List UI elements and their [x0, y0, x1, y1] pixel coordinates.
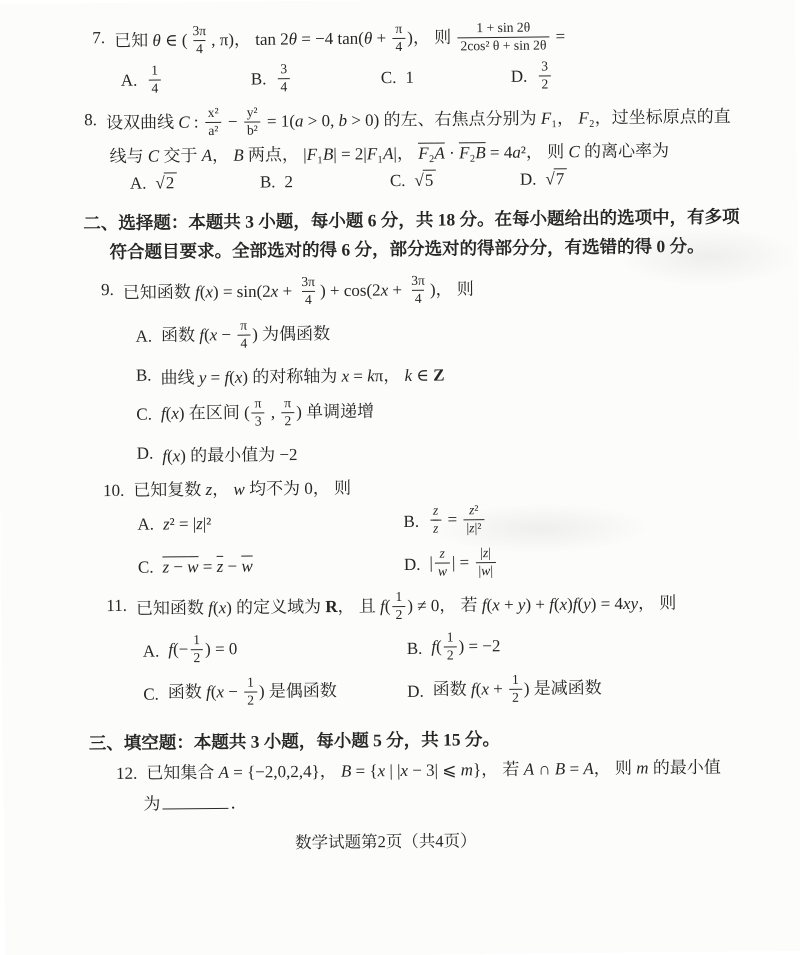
option-label: D.	[511, 67, 528, 87]
option-label: D.	[520, 169, 537, 189]
exam-page: 7. 已知 θ ∈ (3π4, π)， tan 2θ = −4 tan(θ + …	[0, 0, 800, 955]
question-8-number: 8.	[84, 107, 97, 133]
section-2-header-line2: 符合题目要求。全部选对的得 6 分，部分选对的得部分分，有选错的得 0 分。	[109, 231, 797, 264]
option-content: 2	[284, 172, 293, 192]
q8-option-d: D.√7	[520, 168, 650, 190]
option-label: B.	[407, 638, 423, 658]
option-content: f(−12) = 0	[168, 633, 237, 669]
question-8-stem-line1: 设双曲线 C : x²a² − y²b² = 1(a > 0, b > 0) 的…	[106, 100, 731, 142]
q10-option-a: A.z² = |z|²	[137, 512, 403, 535]
option-label: C.	[138, 557, 154, 577]
q11-option-d: D.函数 f(x + 12) 是减函数	[407, 670, 800, 709]
question-12-stem-line1: 已知集合 A = {−2,0,2,4}， B = {x | |x − 3| ⩽ …	[146, 755, 721, 787]
option-content: √2	[155, 173, 177, 194]
option-content: |zw| = |z||w|	[429, 546, 498, 582]
question-9-stem: 已知函数 f(x) = sin(2x + 3π4) + cos(2x + 3π4…	[123, 273, 474, 312]
option-content: 函数 f(x − 12) 是偶函数	[168, 675, 337, 712]
page-footer: 数学试题第2页（共4页）	[0, 824, 786, 856]
option-content: 函数 f(x + 12) 是减函数	[433, 672, 602, 709]
option-content: 34	[275, 62, 292, 97]
option-label: B.	[251, 70, 267, 90]
q9-option-d: D.f(x) 的最小值为 −2	[137, 435, 800, 467]
q7-option-b: B.34	[251, 61, 381, 97]
option-content: 1	[405, 68, 414, 88]
question-12-stem-line2: 为．	[143, 784, 800, 817]
question-9: 9. 已知函数 f(x) = sin(2x + 3π4) + cos(2x + …	[101, 270, 798, 312]
option-content: z − w = z − w	[162, 556, 252, 577]
question-12: 12. 已知集合 A = {−2,0,2,4}， B = {x | |x − 3…	[116, 754, 800, 787]
option-label: A.	[121, 71, 138, 91]
q8-option-a: A.√2	[130, 172, 260, 194]
option-label: B.	[403, 512, 419, 532]
option-content: zz = z²|z|²	[428, 503, 487, 539]
q10-option-d: D.|zw| = |z||w|	[404, 543, 800, 582]
option-label: A.	[143, 641, 160, 661]
question-11-options: A.f(−12) = 0 B.f(12) = −2 C.函数 f(x − 12)…	[143, 627, 800, 712]
question-9-number: 9.	[101, 277, 114, 303]
q7-option-c: C.1	[381, 67, 511, 88]
question-11-stem: 已知函数 f(x) 的定义域为 R， 且 f(12) ≠ 0， 若 f(x + …	[136, 587, 677, 628]
q8-option-b: B.2	[260, 171, 390, 192]
q11-option-c: C.函数 f(x − 12) 是偶函数	[143, 674, 407, 712]
option-content: √7	[545, 169, 567, 190]
question-10-options: A.z² = |z|² B.zz = z²|z|² C.z − w = z − …	[137, 500, 800, 585]
question-8: 8. 设双曲线 C : x²a² − y²b² = 1(a > 0, b > 0…	[84, 100, 796, 142]
question-10: 10. 已知复数 z， w 均不为 0， 则	[103, 471, 800, 504]
q9-option-c: C.f(x) 在区间 (π3 , π2) 单调递增	[136, 391, 799, 433]
option-content: 32	[536, 59, 553, 94]
option-label: A.	[137, 514, 154, 534]
question-7-number: 7.	[92, 25, 105, 51]
option-label: C.	[143, 684, 159, 704]
option-label: D.	[137, 444, 154, 464]
option-content: f(x) 的最小值为 −2	[162, 440, 297, 466]
question-10-number: 10.	[103, 478, 125, 504]
section-3-header: 三、填空题：本题共 3 小题，每小题 5 分，共 15 分。	[89, 723, 800, 757]
question-12-number: 12.	[116, 761, 138, 787]
option-label: A.	[130, 174, 147, 194]
question-7-options: A.14 B.34 C.1 D.32	[121, 57, 796, 99]
option-label: D.	[407, 681, 424, 701]
q8-option-c: C.√5	[390, 169, 520, 191]
question-9-options: A.函数 f(x − π4) 为偶函数 B.曲线 y = f(x) 的对称轴为 …	[135, 313, 800, 476]
q10-option-b: B.zz = z²|z|²	[403, 500, 800, 539]
question-8-stem-line2: 线与 C 交于 A， B 两点， |F₁B| = 2|F₁A|， F₂A · F…	[109, 137, 796, 170]
option-label: C.	[381, 68, 397, 88]
q9-option-a: A.函数 f(x − π4) 为偶函数	[135, 313, 798, 355]
question-11: 11. 已知函数 f(x) 的定义域为 R， 且 f(12) ≠ 0， 若 f(…	[106, 586, 800, 628]
option-content: f(12) = −2	[431, 630, 500, 666]
question-7-stem: 已知 θ ∈ (3π4, π)， tan 2θ = −4 tan(θ + π4)…	[114, 20, 565, 60]
option-content: z² = |z|²	[163, 514, 212, 535]
option-content: f(x) 在区间 (π3 , π2) 单调递增	[161, 395, 375, 432]
question-11-number: 11.	[106, 593, 127, 619]
option-label: B.	[260, 172, 276, 192]
option-content: 曲线 y = f(x) 的对称轴为 x = kπ， k ∈ Z	[160, 360, 444, 388]
q9-option-b: B.曲线 y = f(x) 的对称轴为 x = kπ， k ∈ Z	[136, 357, 799, 389]
question-7: 7. 已知 θ ∈ (3π4, π)， tan 2θ = −4 tan(θ + …	[92, 18, 795, 60]
question-8-options: A.√2 B.2 C.√5 D.√7	[130, 166, 797, 194]
option-label: C.	[390, 171, 406, 191]
option-content: 函数 f(x − π4) 为偶函数	[161, 318, 330, 355]
option-label: A.	[135, 327, 152, 347]
q7-option-d: D.32	[511, 58, 641, 94]
option-content: 14	[146, 63, 163, 98]
q11-option-b: B.f(12) = −2	[407, 627, 800, 666]
q10-option-c: C.z − w = z − w	[138, 555, 404, 578]
option-label: B.	[136, 366, 152, 386]
option-content: √5	[414, 170, 436, 191]
q11-option-a: A.f(−12) = 0	[143, 631, 407, 669]
question-10-stem: 已知复数 z， w 均不为 0， 则	[133, 475, 351, 503]
option-label: C.	[136, 405, 152, 425]
option-label: D.	[404, 555, 421, 575]
q7-option-a: A.14	[121, 63, 251, 99]
